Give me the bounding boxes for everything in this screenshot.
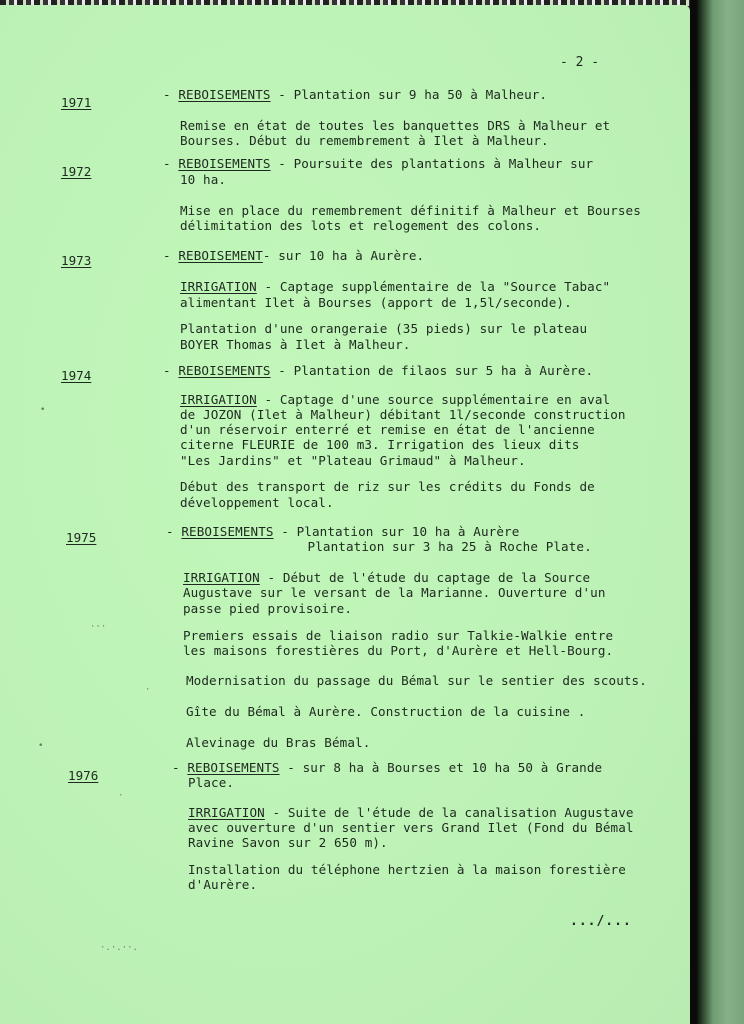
section-heading: REBOISEMENTS [181,524,273,539]
entry-line: Augustave sur le versant de la Marianne.… [183,585,606,601]
scan-speck: • [40,405,45,415]
scan-speck: ··· [90,622,106,632]
page-number: - 2 - [560,55,599,70]
year-label: 1973 [61,253,91,268]
entry-line: IRRIGATION - Captage supplémentaire de l… [180,279,610,295]
section-heading: REBOISEMENTS [187,760,279,775]
entry-line: "Les Jardins" et "Plateau Grimaud" à Mal… [180,453,526,469]
entry-line: - REBOISEMENTS - Plantation sur 9 ha 50 … [163,87,547,103]
section-heading: IRRIGATION [180,392,257,407]
scan-speck: · [145,685,150,695]
section-heading: REBOISEMENTS [178,156,270,171]
document-page: - 2 - 1971 - REBOISEMENTS - Plantation s… [0,5,690,1024]
section-heading: IRRIGATION [183,570,260,585]
entry-line: développement local. [180,495,334,511]
entry-line: - REBOISEMENTS - sur 8 ha à Bourses et 1… [172,760,602,776]
entry-line: avec ouverture d'un sentier vers Grand I… [188,820,634,836]
entry-line: Modernisation du passage du Bémal sur le… [186,673,647,689]
entry-line: - REBOISEMENTS - Plantation de filaos su… [163,363,593,379]
entry-line: délimitation des lots et relogement des … [180,218,541,234]
entry-line: Remise en état de toutes les banquettes … [180,118,610,134]
year-label: 1976 [68,768,98,783]
entry-line: d'Aurère. [188,877,257,893]
entry-line: Installation du téléphone hertzien à la … [188,862,626,878]
scan-speck: · [118,791,123,801]
year-label: 1974 [61,368,91,383]
entry-line: les maisons forestières du Port, d'Aurèr… [183,643,613,659]
entry-line: BOYER Thomas à Ilet à Malheur. [180,337,410,353]
entry-line: - REBOISEMENTS - Plantation sur 10 ha à … [166,524,519,540]
adjacent-page-edge [697,0,744,1024]
entry-line: alimentant Ilet à Bourses (apport de 1,5… [180,295,572,311]
section-heading: IRRIGATION [180,279,257,294]
entry-line: Premiers essais de liaison radio sur Tal… [183,628,613,644]
scan-speck: ·.·.··. [100,943,138,953]
entry-line: d'un réservoir enterré et remise en état… [180,422,595,438]
scan-speck: • [38,741,43,751]
entry-line: IRRIGATION - Début de l'étude du captage… [183,570,590,586]
year-label: 1971 [61,95,91,110]
entry-line: Alevinage du Bras Bémal. [186,735,370,751]
entry-line: de JOZON (Ilet à Malheur) débitant 1l/se… [180,407,626,423]
entry-line: Plantation d'une orangeraie (35 pieds) s… [180,321,587,337]
continuation-mark: .../... [570,914,632,929]
year-label: 1975 [66,530,96,545]
section-heading: REBOISEMENT [178,248,263,263]
entry-line: - REBOISEMENT- sur 10 ha à Aurère. [163,248,424,264]
entry-line: IRRIGATION - Captage d'une source supplé… [180,392,610,408]
entry-line: Mise en place du remembrement définitif … [180,203,641,219]
entry-line: Place. [188,775,234,791]
entry-line: passe pied provisoire. [183,601,352,617]
year-label: 1972 [61,164,91,179]
entry-line: Gîte du Bémal à Aurère. Construction de … [186,704,585,720]
entry-line: Début des transport de riz sur les crédi… [180,479,595,495]
entry-line: Bourses. Début du remembrement à Ilet à … [180,133,549,149]
section-heading: REBOISEMENTS [178,87,270,102]
entry-line: Plantation sur 3 ha 25 à Roche Plate. [200,539,592,555]
entry-line: IRRIGATION - Suite de l'étude de la cana… [188,805,634,821]
entry-line: Ravine Savon sur 2 650 m). [188,835,388,851]
entry-line: - REBOISEMENTS - Poursuite des plantatio… [163,156,593,172]
entry-line: citerne FLEURIE de 100 m3. Irrigation de… [180,437,579,453]
entry-line: 10 ha. [180,172,226,188]
section-heading: REBOISEMENTS [178,363,270,378]
section-heading: IRRIGATION [188,805,265,820]
